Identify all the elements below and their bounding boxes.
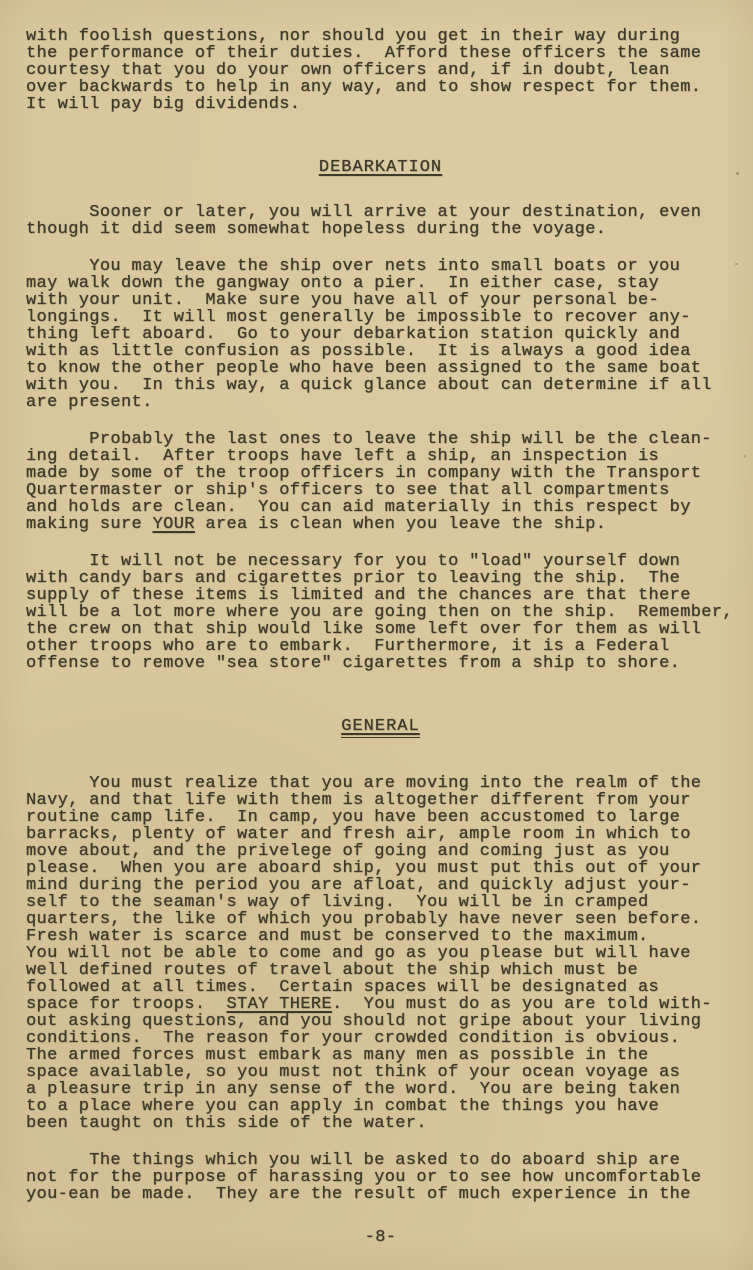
- text-line: You will not be able to come and go as y…: [26, 945, 735, 962]
- text-line: It will pay big dividends.: [26, 96, 735, 113]
- paragraph: You may leave the ship over nets into sm…: [26, 258, 735, 411]
- text-line: self to the seaman's way of living. You …: [26, 894, 735, 911]
- text-line: ing detail. After troops have left a shi…: [26, 448, 735, 465]
- text-line: supply of these items is limited and the…: [26, 587, 735, 604]
- text-line: not for the purpose of harassing you or …: [26, 1169, 735, 1186]
- text-line: may walk down the gangway onto a pier. I…: [26, 275, 735, 292]
- text-line: space available, so you must not think o…: [26, 1064, 735, 1081]
- text-line: with your unit. Make sure you have all o…: [26, 292, 735, 309]
- text-line: Fresh water is scarce and must be conser…: [26, 928, 735, 945]
- text-line: will be a lot more where you are going t…: [26, 604, 735, 621]
- text-line: routine camp life. In camp, you have bee…: [26, 809, 735, 826]
- text-line: to a place where you can apply in combat…: [26, 1098, 735, 1115]
- text-line: The things which you will be asked to do…: [26, 1152, 735, 1169]
- text-line: with candy bars and cigarettes prior to …: [26, 570, 735, 587]
- text-line: with you. In this way, a quick glance ab…: [26, 377, 735, 394]
- text-line: followed at all times. Certain spaces wi…: [26, 979, 735, 996]
- paper-speck: [736, 172, 739, 175]
- text-line: though it did seem somewhat hopeless dur…: [26, 221, 735, 238]
- text-line: to know the other people who have been a…: [26, 360, 735, 377]
- section-heading-general: GENERAL: [26, 718, 735, 735]
- paragraph: It will not be necessary for you to "loa…: [26, 553, 735, 672]
- text-line: longings. It will most generally be impo…: [26, 309, 735, 326]
- text-line: been taught on this side of the water.: [26, 1115, 735, 1132]
- text-line: offense to remove "sea store" cigarettes…: [26, 655, 735, 672]
- text-line: Probably the last ones to leave the ship…: [26, 431, 735, 448]
- text-line: well defined routes of travel about the …: [26, 962, 735, 979]
- text-line: making sure YOUR area is clean when you …: [26, 516, 735, 533]
- text-line: You may leave the ship over nets into sm…: [26, 258, 735, 275]
- underlined-text: YOUR: [153, 515, 195, 534]
- text-line: with as little confusion as possible. It…: [26, 343, 735, 360]
- section-heading-text: GENERAL: [341, 717, 419, 738]
- text-line: over backwards to help in any way, and t…: [26, 79, 735, 96]
- text-line: the performance of their duties. Afford …: [26, 45, 735, 62]
- text-line: It will not be necessary for you to "loa…: [26, 553, 735, 570]
- text-line: You must realize that you are moving int…: [26, 775, 735, 792]
- text-line: thing left aboard. Go to your debarkatio…: [26, 326, 735, 343]
- section-heading-debarkation: DEBARKATION: [26, 159, 735, 176]
- paper-speck: [744, 455, 746, 458]
- paragraph: with foolish questions, nor should you g…: [26, 28, 735, 113]
- text-line: the crew on that ship would like some le…: [26, 621, 735, 638]
- text-line: Quartermaster or ship's officers to see …: [26, 482, 735, 499]
- text-line: The armed forces must embark as many men…: [26, 1047, 735, 1064]
- text-line: please. When you are aboard ship, you mu…: [26, 860, 735, 877]
- paragraph: Probably the last ones to leave the ship…: [26, 431, 735, 533]
- text-line: quarters, the like of which you probably…: [26, 911, 735, 928]
- text-line: and holds are clean. You can aid materia…: [26, 499, 735, 516]
- text-line: you-ean be made. They are the result of …: [26, 1186, 735, 1203]
- text-line: courtesy that you do your own officers a…: [26, 62, 735, 79]
- page-number: -8-: [26, 1229, 735, 1246]
- document-content: with foolish questions, nor should you g…: [26, 28, 735, 1246]
- text-line: space for troops. STAY THERE. You must d…: [26, 996, 735, 1013]
- paragraph: Sooner or later, you will arrive at your…: [26, 204, 735, 238]
- text-line: barracks, plenty of water and fresh air,…: [26, 826, 735, 843]
- paragraph: You must realize that you are moving int…: [26, 775, 735, 1132]
- text-line: out asking questions, and you should not…: [26, 1013, 735, 1030]
- text-line: move about, and the privelege of going a…: [26, 843, 735, 860]
- text-line: conditions. The reason for your crowded …: [26, 1030, 735, 1047]
- text-line: Navy, and that life with them is altoget…: [26, 792, 735, 809]
- text-line: are present.: [26, 394, 735, 411]
- text-line: other troops who are to embark. Furtherm…: [26, 638, 735, 655]
- text-line: mind during the period you are afloat, a…: [26, 877, 735, 894]
- scanned-document-page: with foolish questions, nor should you g…: [0, 0, 753, 1270]
- text-line: a pleasure trip in any sense of the word…: [26, 1081, 735, 1098]
- text-line: Sooner or later, you will arrive at your…: [26, 204, 735, 221]
- paragraph: The things which you will be asked to do…: [26, 1152, 735, 1203]
- text-line: with foolish questions, nor should you g…: [26, 28, 735, 45]
- paper-speck: [735, 263, 738, 265]
- text-line: made by some of the troop officers in co…: [26, 465, 735, 482]
- section-heading-text: DEBARKATION: [319, 158, 442, 177]
